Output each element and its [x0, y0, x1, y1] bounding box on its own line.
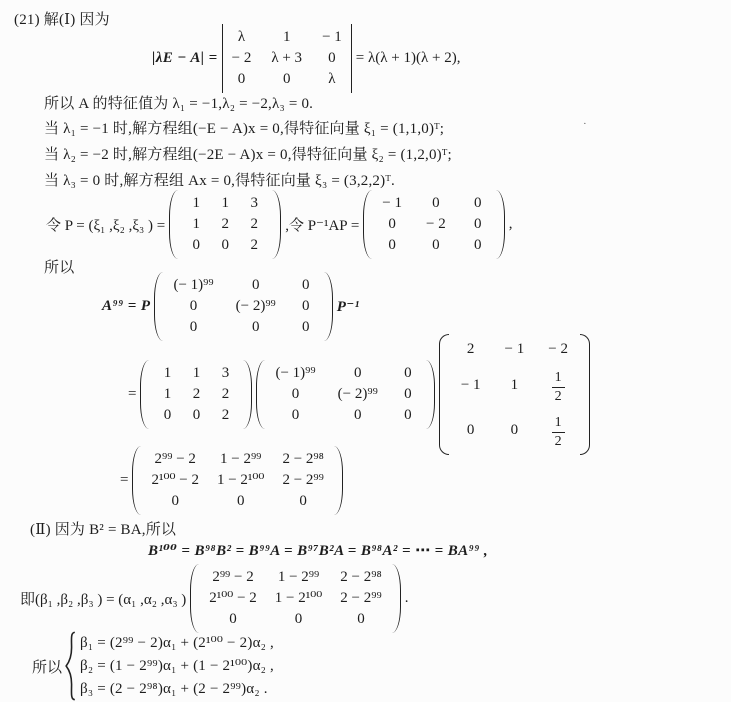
- matrix-cell: (− 1)⁹⁹: [173, 275, 213, 296]
- p-definition-line: 令 P = (ξ₁ ,ξ₂ ,ξ₃ ) = 1 1 3 1 2 2 0 0 2 …: [44, 190, 514, 258]
- matrix-cell: 1: [188, 193, 204, 214]
- triple-product-equation: = 1 1 3 1 2 2 0 0 2 (− 1)⁹⁹ 0 0 0: [126, 336, 592, 452]
- matrix-cell: 0: [295, 491, 311, 512]
- matrix-cell: 0: [188, 405, 204, 426]
- determinant-lhs: |λE − A| =: [152, 50, 218, 67]
- matrix-cell: 3: [217, 363, 233, 384]
- b100-chain-equation: B¹⁰⁰ = B⁹⁸B² = B⁹⁹A = B⁹⁷B²A = B⁹⁸A² = ⋯…: [148, 541, 488, 560]
- matrix-cell: 0: [353, 609, 369, 630]
- matrix-cell: 2: [217, 384, 233, 405]
- matrix-cell: 1 − 2¹⁰⁰: [217, 470, 264, 491]
- period: .: [405, 590, 409, 607]
- matrix-cell: 2: [217, 405, 233, 426]
- matrix-cell: 2 − 2⁹⁸: [340, 567, 381, 588]
- fraction: 1 2: [552, 415, 565, 450]
- eigenvector1-line: 当 λ₁ = −1 时,解方程组(−E − A)x = 0,得特征向量 ξ₁ =…: [44, 117, 444, 141]
- matrix-cell: − 2: [426, 214, 446, 235]
- matrix-determinant: λ 1 − 1 − 2 λ + 3 0 0 0 λ: [222, 24, 352, 93]
- p-inverse-label: P⁻¹: [337, 297, 360, 316]
- matrix-cell: λ: [233, 27, 249, 48]
- matrix-cell: 0: [186, 317, 202, 338]
- matrix-p-inverse: 2 − 1 − 2 − 1 1 1 2 0 0 1 2: [439, 334, 590, 455]
- matrix-cell: 0: [428, 235, 444, 256]
- matrix-cell: 2 − 2⁹⁸: [282, 449, 323, 470]
- equals-sign: =: [128, 386, 136, 403]
- matrix-cell: 0: [288, 405, 304, 426]
- matrix-cell: 0: [470, 235, 486, 256]
- matrix-cell: 0: [350, 405, 366, 426]
- matrix-cell: 0: [225, 609, 241, 630]
- matrix-cell: 0: [384, 214, 400, 235]
- left-paren: [256, 360, 266, 429]
- a99-equation: A⁹⁹ = P (− 1)⁹⁹ 0 0 0 (− 2)⁹⁹ 0 0 0 0 P⁻…: [100, 272, 362, 340]
- system-line: β₂ = (1 − 2⁹⁹)α₁ + (1 − 2¹⁰⁰)α₂ ,: [80, 655, 274, 678]
- matrix-cell: − 1: [322, 27, 342, 48]
- p-definition-lhs: 令 P = (ξ₁ ,ξ₂ ,ξ₃ ) =: [46, 214, 165, 235]
- right-bracket: [580, 334, 590, 455]
- trailing-comma: ,: [509, 216, 513, 233]
- matrix-cell: 1: [506, 375, 522, 396]
- matrix-cell: 1: [279, 27, 295, 48]
- matrix-cell: 2: [246, 214, 262, 235]
- matrix-cell: 0: [298, 275, 314, 296]
- matrix-cell: 1: [159, 384, 175, 405]
- right-paren: [391, 564, 401, 633]
- matrix-cell: 1 − 2⁹⁹: [220, 449, 261, 470]
- matrix-cell: 0: [233, 69, 249, 90]
- right-paren: [495, 190, 505, 259]
- matrix-cell: 2: [246, 235, 262, 256]
- matrix-cell: 2¹⁰⁰ − 2: [209, 588, 256, 609]
- right-paren: [333, 446, 343, 515]
- matrix-cell: 1 − 2⁹⁹: [278, 567, 319, 588]
- matrix-diagonal-99-copy: (− 1)⁹⁹ 0 0 0 (− 2)⁹⁹ 0 0 0 0: [256, 360, 434, 429]
- stray-mark: ·: [583, 118, 587, 130]
- right-paren: [271, 190, 281, 259]
- matrix-cell: 2: [188, 384, 204, 405]
- fraction-numerator: 1: [552, 370, 565, 388]
- matrix-cell: 0: [217, 235, 233, 256]
- determinant-rhs: = λ(λ + 1)(λ + 2),: [356, 50, 461, 67]
- matrix-cell: 2: [217, 214, 233, 235]
- matrix-cell: (− 2)⁹⁹: [236, 296, 276, 317]
- matrix-cell: (− 2)⁹⁹: [338, 384, 378, 405]
- matrix-p-copy: 1 1 3 1 2 2 0 0 2: [140, 360, 252, 429]
- matrix-cell: 1: [217, 193, 233, 214]
- beta-alpha-equation: 即(β₁ ,β₂ ,β₃ ) = (α₁ ,α₂ ,α₃ ) 2⁹⁹ − 2 1…: [18, 562, 410, 634]
- matrix-cell: 0: [188, 235, 204, 256]
- matrix-cell: 0: [248, 275, 264, 296]
- matrix-cell: λ: [324, 69, 340, 90]
- matrix-cell: 3: [246, 193, 262, 214]
- pap-definition-lhs: ,令 P⁻¹AP =: [285, 214, 359, 235]
- left-paren: [190, 564, 200, 633]
- matrix-cell: − 1: [505, 339, 525, 360]
- matrix-cell: 1: [188, 214, 204, 235]
- brace-icon: [64, 631, 77, 701]
- matrix-cell: − 2: [548, 339, 568, 360]
- part2-heading: (Ⅱ) 因为 B² = BA,所以: [30, 518, 176, 542]
- matrix-cell: 0: [400, 384, 416, 405]
- matrix-cell: 0: [248, 317, 264, 338]
- right-paren: [242, 360, 252, 429]
- matrix-cell: 0: [350, 363, 366, 384]
- matrix-cell: 0: [463, 420, 479, 441]
- matrix-cell: 2⁹⁹ − 2: [155, 449, 196, 470]
- matrix-cell: 0: [428, 193, 444, 214]
- matrix-cell: − 1: [382, 193, 402, 214]
- matrix-cell: λ + 3: [271, 48, 302, 69]
- matrix-cell: 0: [159, 405, 175, 426]
- eigen-determinant-equation: |λE − A| = λ 1 − 1 − 2 λ + 3 0 0 0 λ = λ…: [150, 26, 462, 90]
- matrix-cell: 0: [324, 48, 340, 69]
- left-paren: [140, 360, 150, 429]
- matrix-cell: − 2: [232, 48, 252, 69]
- beta-alpha-lhs: 即(β₁ ,β₂ ,β₃ ) = (α₁ ,α₂ ,α₃ ): [20, 588, 186, 609]
- matrix-cell: 2 − 2⁹⁹: [340, 588, 381, 609]
- equals-sign: =: [120, 472, 128, 489]
- matrix-cell: − 1: [461, 375, 481, 396]
- matrix-cell: 0: [298, 296, 314, 317]
- left-paren: [363, 190, 373, 259]
- matrix-pap: − 1 0 0 0 − 2 0 0 0 0: [363, 190, 504, 259]
- matrix-cell: (− 1)⁹⁹: [275, 363, 315, 384]
- system-line: β₃ = (2 − 2⁹⁸)α₁ + (2 − 2⁹⁹)α₂ .: [80, 678, 274, 701]
- matrix-a99-result: 2⁹⁹ − 2 1 − 2⁹⁹ 2 − 2⁹⁸ 2¹⁰⁰ − 2 1 − 2¹⁰…: [132, 446, 342, 515]
- therefore-label: 所以: [32, 656, 62, 677]
- matrix-cell: 0: [400, 405, 416, 426]
- fraction-numerator: 1: [552, 415, 565, 433]
- left-paren: [132, 446, 142, 515]
- right-paren: [425, 360, 435, 429]
- conclusion-system: 所以 β₁ = (2⁹⁹ − 2)α₁ + (2¹⁰⁰ − 2)α₂ , β₂ …: [30, 630, 274, 702]
- fraction-denominator: 2: [555, 388, 562, 405]
- fraction-denominator: 2: [555, 433, 562, 450]
- matrix-cell: 1: [159, 363, 175, 384]
- matrix-cell: 0: [167, 491, 183, 512]
- matrix-cell: 0: [470, 193, 486, 214]
- matrix-cell: 0: [470, 214, 486, 235]
- matrix-cell: 0: [298, 317, 314, 338]
- a99-result-equation: = 2⁹⁹ − 2 1 − 2⁹⁹ 2 − 2⁹⁸ 2¹⁰⁰ − 2 1 − 2…: [118, 446, 345, 514]
- matrix-cell: 1: [188, 363, 204, 384]
- matrix-cell: 0: [279, 69, 295, 90]
- matrix-cell: 0: [186, 296, 202, 317]
- matrix-cell: 0: [384, 235, 400, 256]
- matrix-cell-fraction: 1 2: [550, 412, 566, 450]
- matrix-p: 1 1 3 1 2 2 0 0 2: [169, 190, 281, 259]
- matrix-cell: 1 − 2¹⁰⁰: [275, 588, 322, 609]
- matrix-diagonal-99: (− 1)⁹⁹ 0 0 0 (− 2)⁹⁹ 0 0 0 0: [154, 272, 332, 341]
- matrix-cell-fraction: 1 2: [550, 367, 566, 405]
- left-paren: [154, 272, 164, 341]
- a99-lhs: A⁹⁹ = P: [102, 298, 150, 315]
- matrix-cell: 2: [463, 339, 479, 360]
- problem-heading: (21) 解(Ⅰ) 因为: [14, 8, 110, 32]
- right-paren: [323, 272, 333, 341]
- determinant-bar-right: [351, 24, 352, 93]
- matrix-cell: 2¹⁰⁰ − 2: [151, 470, 198, 491]
- matrix-cell: 2 − 2⁹⁹: [282, 470, 323, 491]
- therefore-label: 所以: [44, 256, 74, 280]
- matrix-cell: 0: [233, 491, 249, 512]
- eigenvalues-line: 所以 A 的特征值为 λ₁ = −1,λ₂ = −2,λ₃ = 0.: [44, 92, 313, 116]
- left-paren: [169, 190, 179, 259]
- matrix-cell: 0: [291, 609, 307, 630]
- fraction: 1 2: [552, 370, 565, 405]
- matrix-cell: 0: [400, 363, 416, 384]
- equation-system: β₁ = (2⁹⁹ − 2)α₁ + (2¹⁰⁰ − 2)α₂ , β₂ = (…: [80, 632, 274, 701]
- system-line: β₁ = (2⁹⁹ − 2)α₁ + (2¹⁰⁰ − 2)α₂ ,: [80, 632, 274, 655]
- matrix-a99-result-copy: 2⁹⁹ − 2 1 − 2⁹⁹ 2 − 2⁹⁸ 2¹⁰⁰ − 2 1 − 2¹⁰…: [190, 564, 400, 633]
- eigenvector2-line: 当 λ₂ = −2 时,解方程组(−2E − A)x = 0,得特征向量 ξ₂ …: [44, 143, 452, 167]
- left-bracket: [439, 334, 449, 455]
- document-page: (21) 解(Ⅰ) 因为 · |λE − A| = λ 1 − 1 − 2 λ …: [0, 0, 731, 702]
- matrix-cell: 0: [288, 384, 304, 405]
- matrix-cell: 0: [506, 420, 522, 441]
- matrix-cell: 2⁹⁹ − 2: [212, 567, 253, 588]
